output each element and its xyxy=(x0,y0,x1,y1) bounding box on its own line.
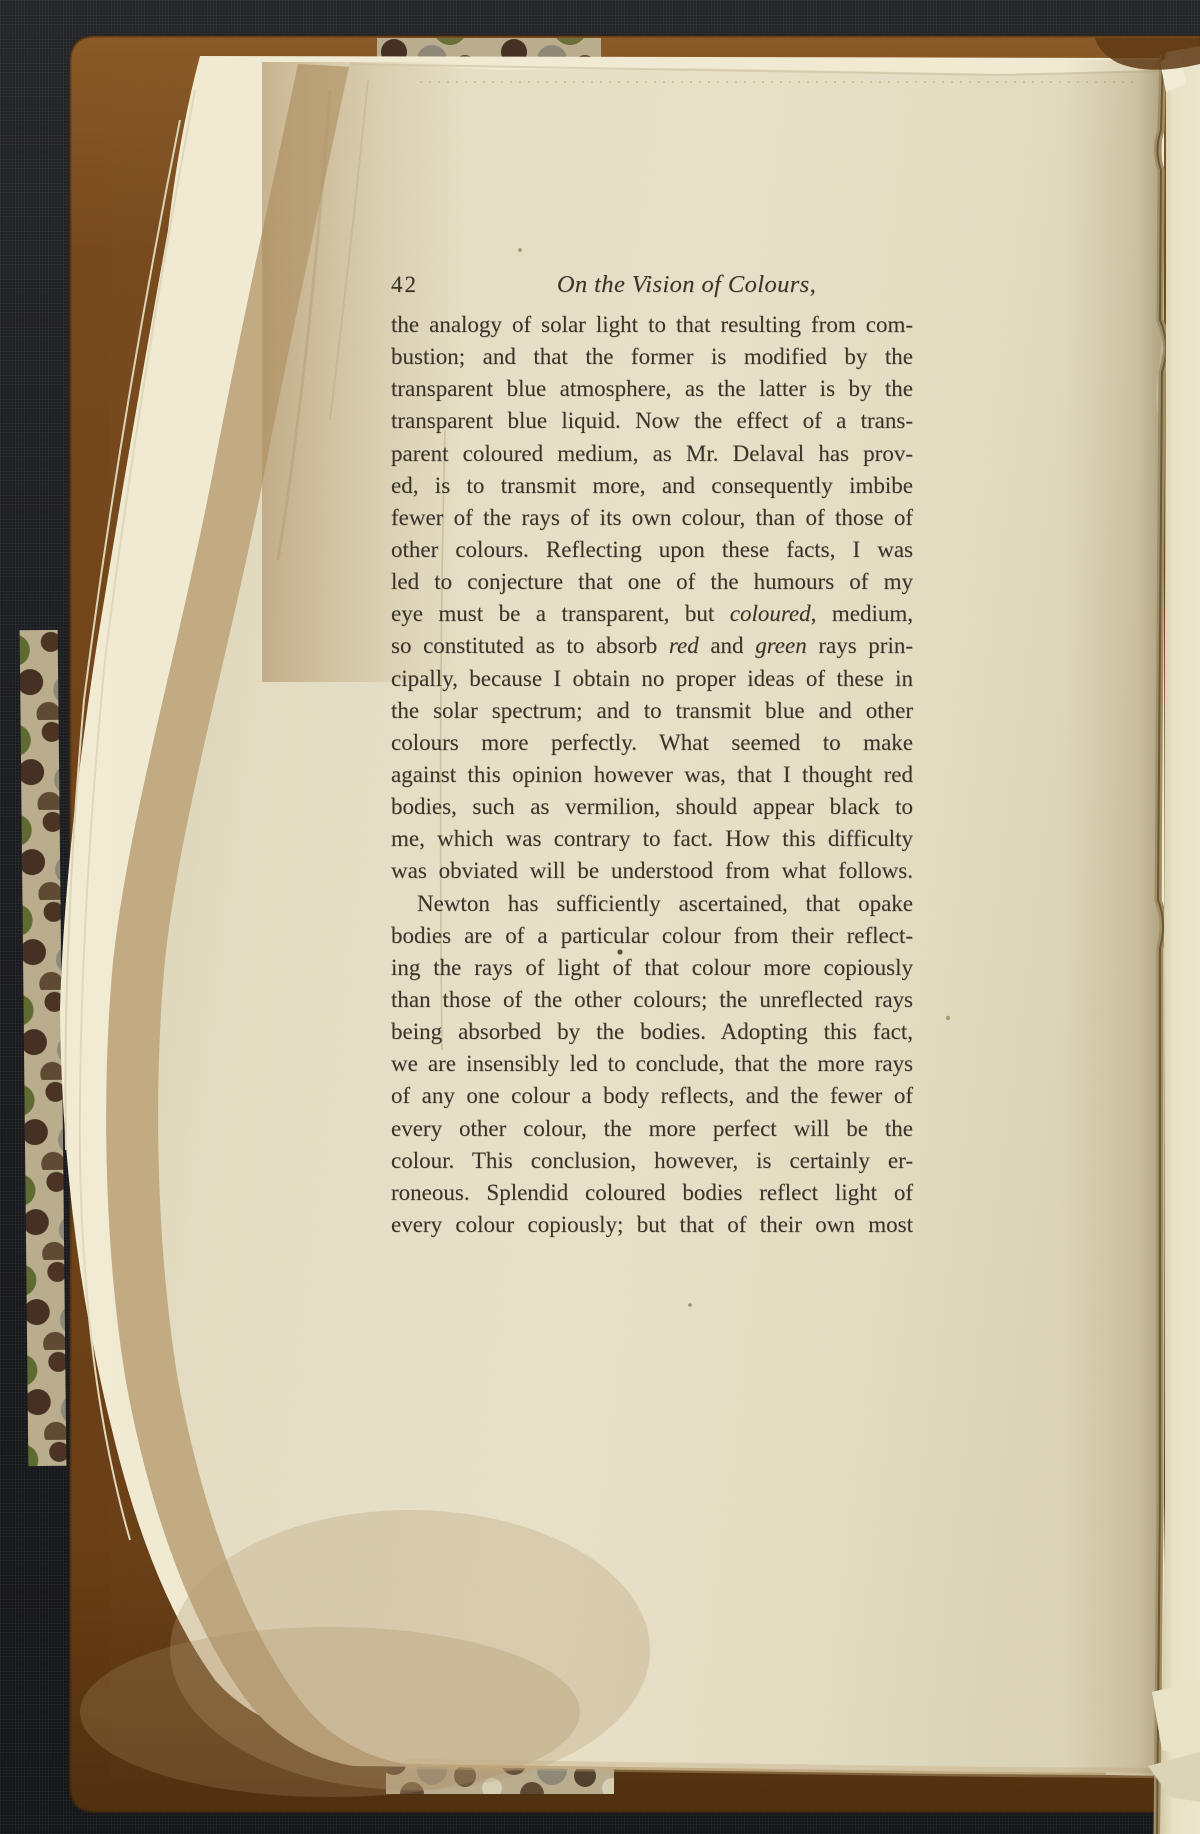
text-line: transparent blue liquid. Now the effect … xyxy=(391,405,913,437)
text-line: colours more perfectly. What seemed to m… xyxy=(391,727,913,759)
right-page-sliver xyxy=(1160,46,1200,1834)
text-line: so constituted as to absorb red and gree… xyxy=(391,630,913,662)
page-number: 42 xyxy=(391,272,418,298)
text-line: bustion; and that the former is modified… xyxy=(391,341,913,373)
text-line: bodies are of a particular colour from t… xyxy=(391,920,913,952)
body-text: the analogy of solar light to that resul… xyxy=(391,309,913,1241)
text-line: being absorbed by the bodies. Adopting t… xyxy=(391,1016,913,1048)
text-line: against this opinion however was, that I… xyxy=(391,759,913,791)
printed-page-text: 42 On the Vision of Colours, the analogy… xyxy=(391,271,913,1241)
text-line: bodies, such as vermilion, should appear… xyxy=(391,791,913,823)
text-line: colour. This conclusion, however, is cer… xyxy=(391,1145,913,1177)
text-line: Newton has sufficiently ascertained, tha… xyxy=(391,888,913,920)
text-line: we are insensibly led to conclude, that … xyxy=(391,1048,913,1080)
gutter-shadow xyxy=(1062,60,1162,1776)
text-line: every other colour, the more perfect wil… xyxy=(391,1113,913,1145)
text-line: led to conjecture that one of the humour… xyxy=(391,566,913,598)
text-line: than those of the other colours; the unr… xyxy=(391,984,913,1016)
text-line: was obviated will be understood from wha… xyxy=(391,855,913,887)
marbled-endpaper-left xyxy=(20,630,67,1466)
text-line: other colours. Reflecting upon these fac… xyxy=(391,534,913,566)
text-line: parent coloured medium, as Mr. Delaval h… xyxy=(391,438,913,470)
text-line: ing the rays of light of that colour mor… xyxy=(391,952,913,984)
text-line: fewer of the rays of its own colour, tha… xyxy=(391,502,913,534)
text-line: of any one colour a body reflects, and t… xyxy=(391,1080,913,1112)
text-line: ed, is to transmit more, and consequentl… xyxy=(391,470,913,502)
text-line: the analogy of solar light to that resul… xyxy=(391,309,913,341)
running-title: On the Vision of Colours, xyxy=(418,271,913,299)
text-line: cipally, because I obtain no proper idea… xyxy=(391,663,913,695)
text-line: me, which was contrary to fact. How this… xyxy=(391,823,913,855)
text-line: eye must be a transparent, but coloured,… xyxy=(391,598,913,630)
running-head: 42 On the Vision of Colours, xyxy=(391,271,913,307)
text-line: the solar spectrum; and to transmit blue… xyxy=(391,695,913,727)
text-line: transparent blue atmosphere, as the latt… xyxy=(391,373,913,405)
text-line: roneous. Splendid coloured bodies reflec… xyxy=(391,1177,913,1209)
text-line: every colour copiously; but that of thei… xyxy=(391,1209,913,1241)
